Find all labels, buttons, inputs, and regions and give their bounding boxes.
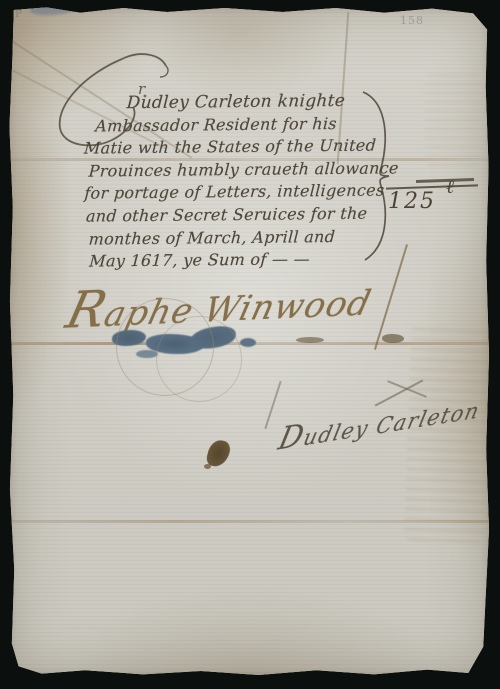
sum-rule-line [416,178,474,183]
embossed-stamp-ring [156,316,242,402]
pencil-corner-letter: P [15,9,22,20]
petition-line: for portage of Letters, intelligences [84,180,400,206]
pencil-folio-number: 158 [400,14,424,27]
petition-line: monthes of March, Aprill and [88,225,397,251]
photo-backdrop: 158 P r Dudley Carleton knighte Ambassad… [0,0,500,689]
petition-line: Ambassador Resident for his [95,112,404,138]
marginal-sum: 125 ℓ [380,174,490,220]
dark-ink-stain [204,464,211,469]
blue-ink-blot [240,338,256,347]
document-page: 158 P r Dudley Carleton knighte Ambassad… [8,6,490,677]
pound-abbreviation: ℓ [446,176,454,199]
petition-line: and other Secret Seruices for the [85,202,398,228]
petition-line: Matie wth the States of the United [83,134,402,160]
signature-flourish [264,381,281,429]
petition-text: Dudley Carleton knighte Ambassador Resid… [75,89,406,273]
blue-edge-smudge [30,1,79,17]
ink-smear [296,337,324,343]
sum-amount: 125 [388,189,436,214]
petition-line: Prouinces humbly craueth allowance [88,157,401,183]
ink-smear [382,334,404,343]
ink-bleedthrough [424,74,482,166]
